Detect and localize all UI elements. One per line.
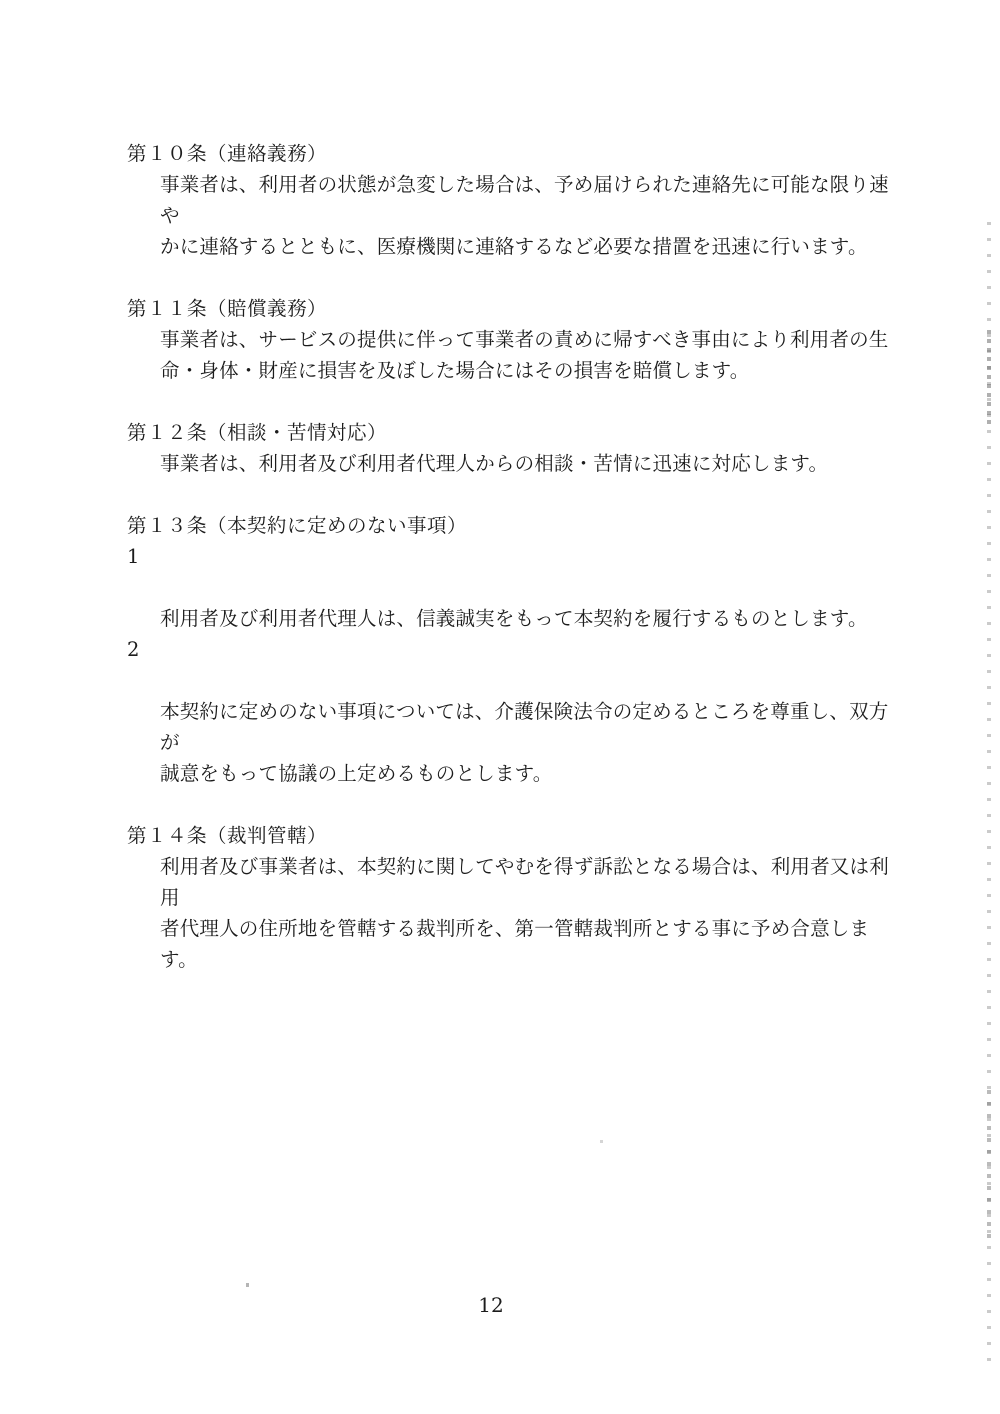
- scan-speck: [600, 1140, 603, 1143]
- article-12-section: 第１２条（相談・苦情対応） 事業者は、利用者及び利用者代理人からの相談・苦情に迅…: [127, 417, 895, 479]
- scan-noise-right-edge-dense: [987, 330, 991, 425]
- article-13-section: 第１３条（本契約に定めのない事項） 1 利用者及び利用者代理人は、信義誠実をもっ…: [127, 510, 895, 789]
- scan-speck: [246, 1283, 249, 1287]
- article-13-heading: 第１３条（本契約に定めのない事項）: [127, 510, 895, 541]
- scan-noise-right-edge-dense-lower: [987, 1090, 991, 1240]
- page-number: 12: [0, 1292, 982, 1318]
- article-13-item-1: 1 利用者及び利用者代理人は、信義誠実をもって本契約を履行するものとします。: [127, 541, 895, 634]
- article-12-paragraph: 事業者は、利用者及び利用者代理人からの相談・苦情に迅速に対応します。: [160, 448, 895, 479]
- article-12-heading: 第１２条（相談・苦情対応）: [127, 417, 895, 448]
- article-10-heading: 第１０条（連絡義務）: [127, 138, 895, 169]
- article-14-paragraph: 利用者及び事業者は、本契約に関してやむを得ず訴訟となる場合は、利用者又は利用 者…: [160, 851, 895, 975]
- article-11-heading: 第１１条（賠償義務）: [127, 293, 895, 324]
- scanned-contract-page: 第１０条（連絡義務） 事業者は、利用者の状態が急変した場合は、予め届けられた連絡…: [0, 0, 1000, 1414]
- article-11-paragraph: 事業者は、サービスの提供に伴って事業者の責めに帰すべき事由により利用者の生 命・…: [160, 324, 895, 386]
- document-content: 第１０条（連絡義務） 事業者は、利用者の状態が急変した場合は、予め届けられた連絡…: [127, 138, 895, 1006]
- article-10-section: 第１０条（連絡義務） 事業者は、利用者の状態が急変した場合は、予め届けられた連絡…: [127, 138, 895, 262]
- article-14-section: 第１４条（裁判管轄） 利用者及び事業者は、本契約に関してやむを得ず訴訟となる場合…: [127, 820, 895, 975]
- article-14-heading: 第１４条（裁判管轄）: [127, 820, 895, 851]
- item-number: 1: [127, 541, 140, 572]
- article-10-paragraph: 事業者は、利用者の状態が急変した場合は、予め届けられた連絡先に可能な限り速や か…: [160, 169, 895, 262]
- article-13-item-2: 2 本契約に定めのない事項については、介護保険法令の定めるところを尊重し、双方が…: [127, 634, 895, 789]
- article-11-section: 第１１条（賠償義務） 事業者は、サービスの提供に伴って事業者の責めに帰すべき事由…: [127, 293, 895, 386]
- item-text: 利用者及び利用者代理人は、信義誠実をもって本契約を履行するものとします。: [160, 607, 868, 630]
- item-text: 本契約に定めのない事項については、介護保険法令の定めるところを尊重し、双方が 誠…: [160, 700, 889, 785]
- item-number: 2: [127, 634, 140, 665]
